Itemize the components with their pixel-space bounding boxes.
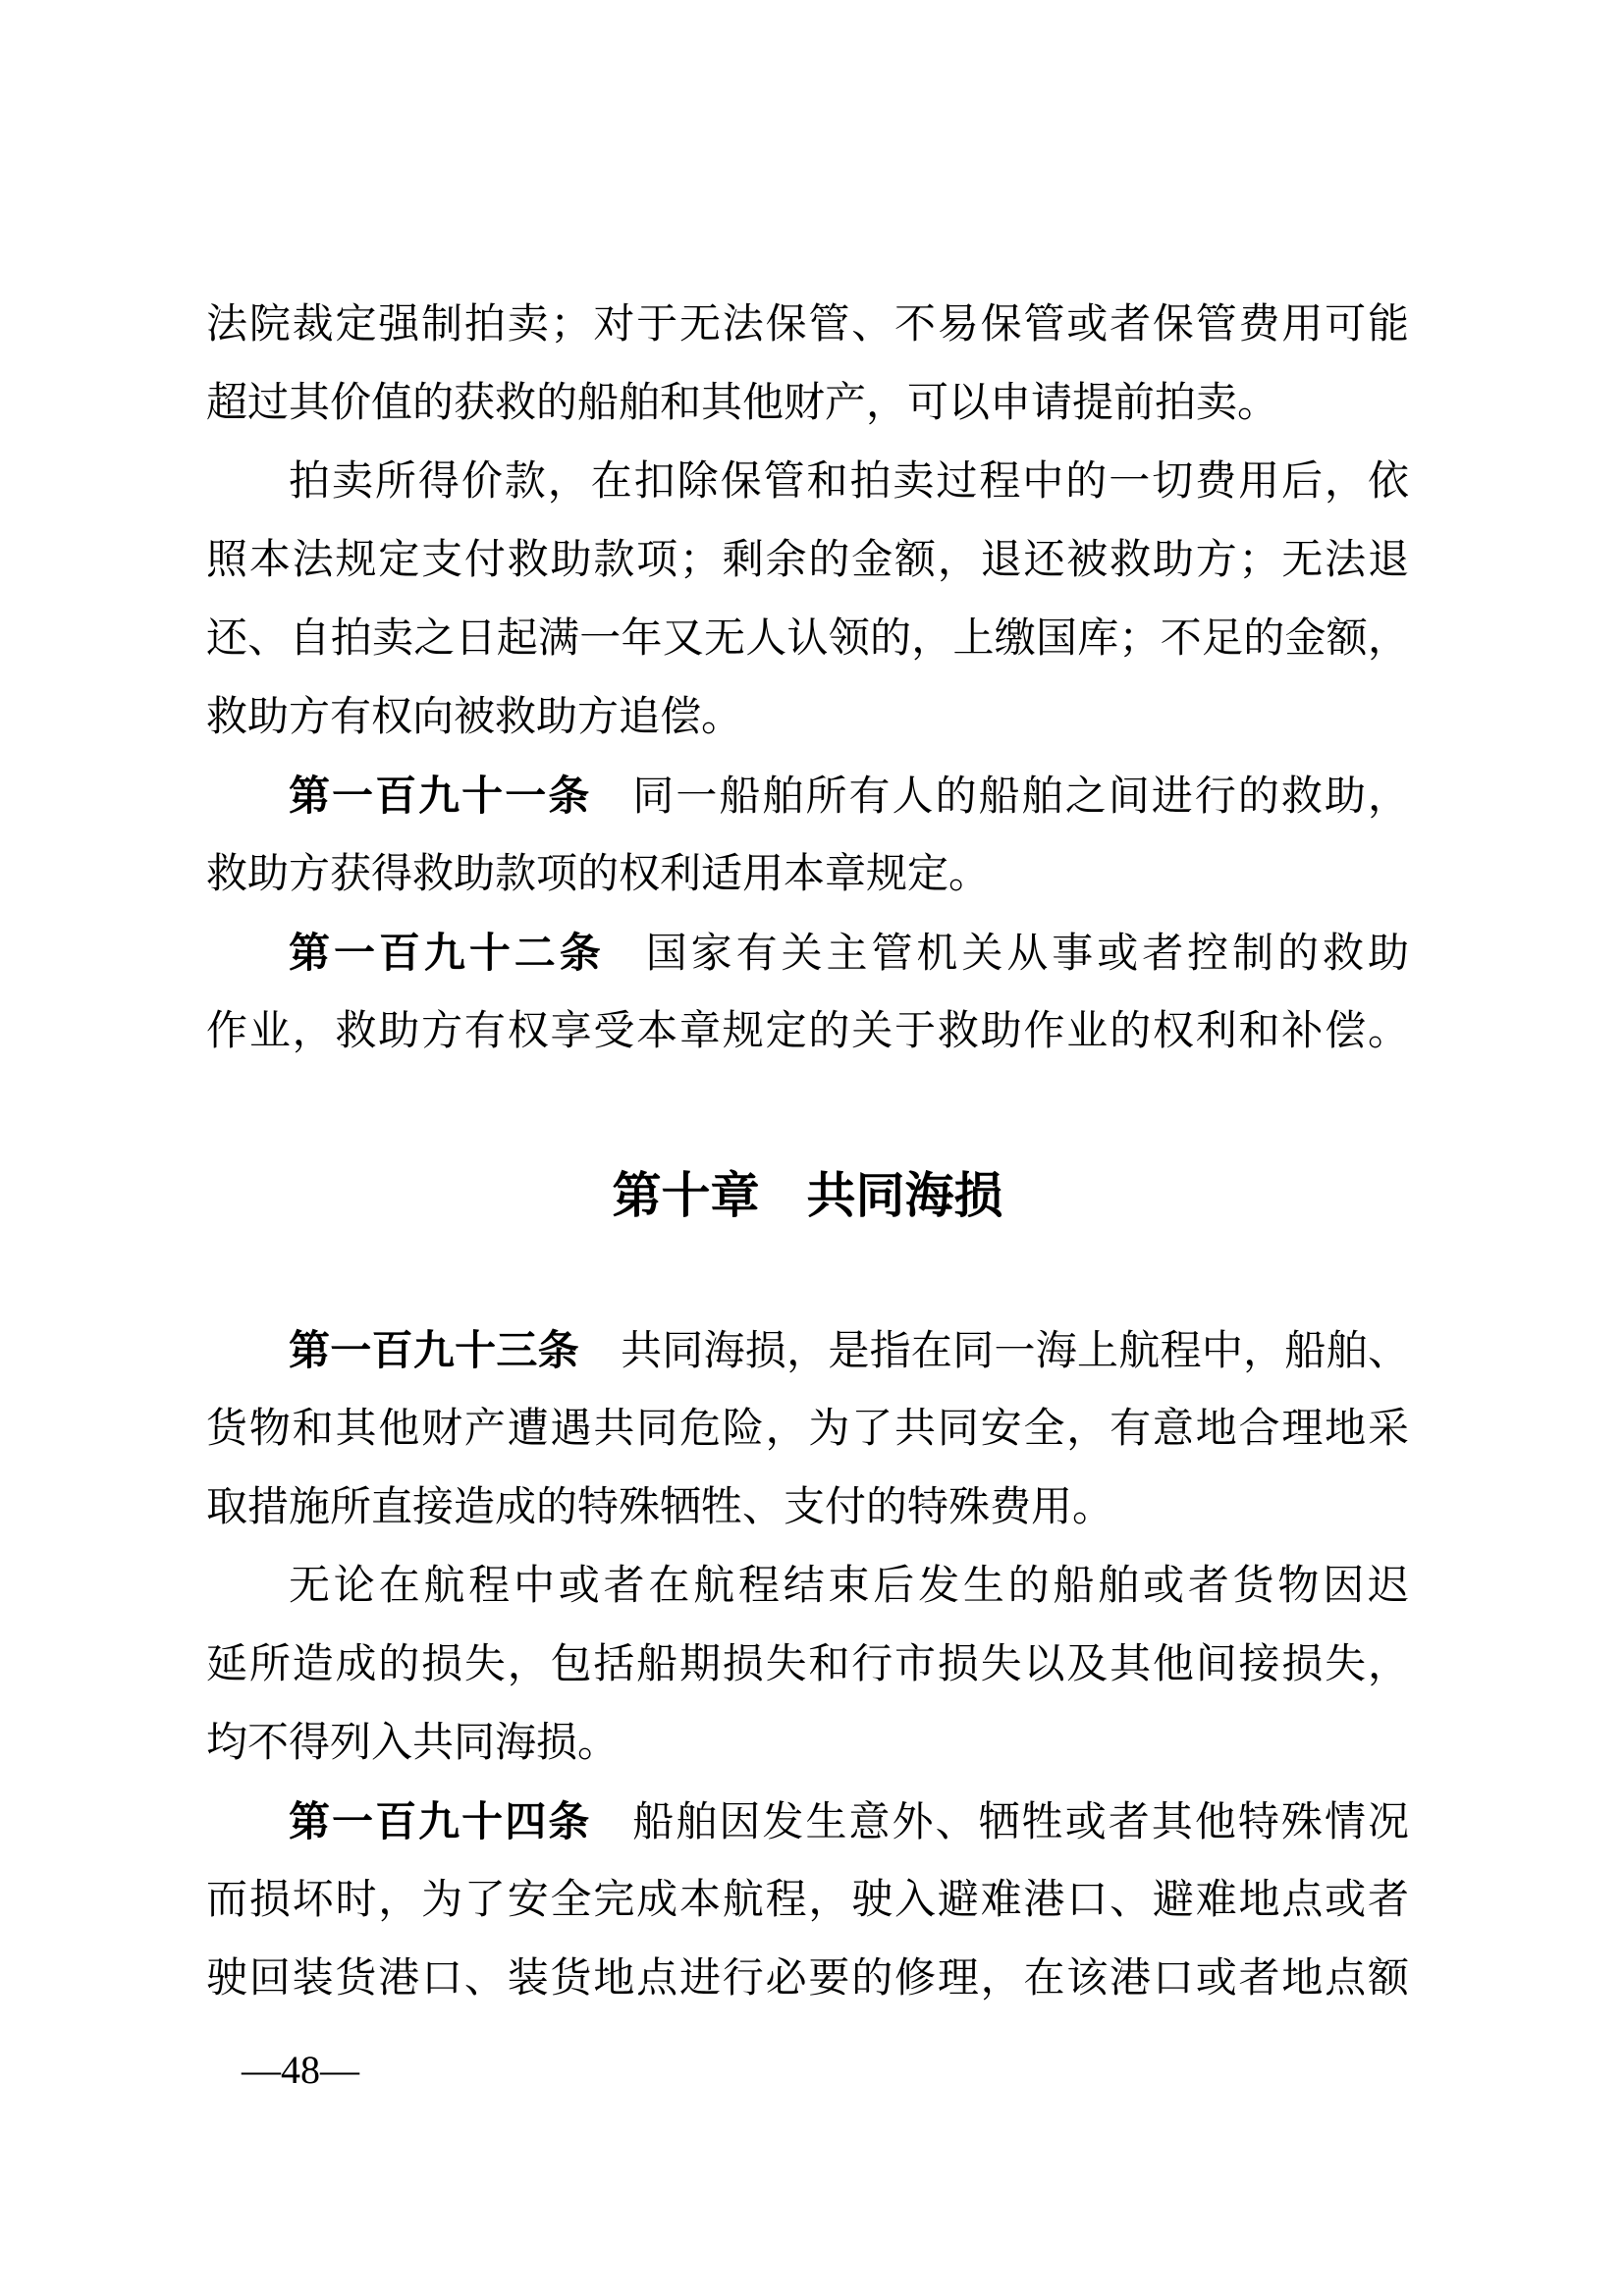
- text-run: 取措施所直接造成的特殊牺牲、支付的特殊费用。: [206, 1485, 1113, 1530]
- text-run: 照本法规定支付救助款项；剩余的金额，退还被救助方；无法退: [206, 538, 1409, 583]
- text-run: 国家有关主管机关从事或者控制的救助: [646, 932, 1409, 977]
- text-run: 延所造成的损失，包括船期损失和行市损失以及其他间接损失，: [206, 1642, 1409, 1687]
- text-run: 超过其价值的获救的船舶和其他财产，可以申请提前拍卖。: [206, 381, 1278, 426]
- text-run: 救助方有权向被救助方追偿。: [206, 695, 742, 740]
- text-line: 而损坏时，为了安全完成本航程，驶入避难港口、避难地点或者: [206, 1861, 1409, 1940]
- article-number: 第一百九十一条: [289, 773, 591, 819]
- text-line: 拍卖所得价款，在扣除保管和拍卖过程中的一切费用后，依: [206, 443, 1409, 521]
- text-run: 还、自拍卖之日起满一年又无人认领的，上缴国库；不足的金额，: [206, 616, 1409, 662]
- text-run: 而损坏时，为了安全完成本航程，驶入避难港口、避难地点或者: [206, 1878, 1409, 1923]
- text-run: 驶回装货港口、装货地点进行必要的修理，在该港口或者地点额: [206, 1956, 1409, 2002]
- article-number: 第一百九十四条: [289, 1798, 591, 1844]
- chapter-heading: 第十章共同海损: [206, 1156, 1409, 1235]
- article-number: 第一百九十二条: [289, 930, 605, 976]
- text-run: 均不得列入共同海损。: [206, 1721, 619, 1766]
- text-run: 同一船舶所有人的船舶之间进行的救助，: [632, 774, 1409, 820]
- chapter-number: 第十章: [613, 1168, 760, 1223]
- text-line: 第一百九十一条同一船舶所有人的船舶之间进行的救助，: [206, 757, 1409, 835]
- text-run: 救助方获得救助款项的权利适用本章规定。: [206, 852, 990, 897]
- text-line: 救助方有权向被救助方追偿。: [206, 678, 1409, 757]
- text-line: 超过其价值的获救的船舶和其他财产，可以申请提前拍卖。: [206, 364, 1409, 443]
- text-run: 共同海损，是指在同一海上航程中，船舶、: [621, 1329, 1409, 1374]
- text-line: 货物和其他财产遭遇共同危险，为了共同安全，有意地合理地采: [206, 1390, 1409, 1468]
- text-run: 船舶因发生意外、牺牲或者其他特殊情况: [632, 1800, 1409, 1845]
- document-page: 法院裁定强制拍卖；对于无法保管、不易保管或者保管费用可能超过其价值的获救的船舶和…: [0, 0, 1624, 2296]
- text-line: 救助方获得救助款项的权利适用本章规定。: [206, 835, 1409, 914]
- text-run: 法院裁定强制拍卖；对于无法保管、不易保管或者保管费用可能: [206, 302, 1409, 347]
- text-line: 延所造成的损失，包括船期损失和行市损失以及其他间接损失，: [206, 1626, 1409, 1704]
- text-line: 第一百九十二条国家有关主管机关从事或者控制的救助: [206, 914, 1409, 992]
- text-run: 货物和其他财产遭遇共同危险，为了共同安全，有意地合理地采: [206, 1407, 1409, 1452]
- article-number: 第一百九十三条: [289, 1327, 579, 1373]
- text-line: 第一百九十三条共同海损，是指在同一海上航程中，船舶、: [206, 1311, 1409, 1390]
- chapter-title: 共同海损: [807, 1168, 1003, 1223]
- text-run: 无论在航程中或者在航程结束后发生的船舶或者货物因迟: [289, 1564, 1409, 1609]
- text-line: 第一百九十四条船舶因发生意外、牺牲或者其他特殊情况: [206, 1783, 1409, 1861]
- text-line: 作业，救助方有权享受本章规定的关于救助作业的权利和补偿。: [206, 992, 1409, 1071]
- text-line: 法院裁定强制拍卖；对于无法保管、不易保管或者保管费用可能: [206, 286, 1409, 364]
- text-line: 取措施所直接造成的特殊牺牲、支付的特殊费用。: [206, 1468, 1409, 1547]
- text-run: 作业，救助方有权享受本章规定的关于救助作业的权利和补偿。: [206, 1009, 1409, 1054]
- text-line: 均不得列入共同海损。: [206, 1704, 1409, 1783]
- text-line: 还、自拍卖之日起满一年又无人认领的，上缴国库；不足的金额，: [206, 600, 1409, 678]
- text-line: 驶回装货港口、装货地点进行必要的修理，在该港口或者地点额: [206, 1940, 1409, 2018]
- page-number: —48—: [242, 2051, 359, 2090]
- text-line: 照本法规定支付救助款项；剩余的金额，退还被救助方；无法退: [206, 521, 1409, 600]
- text-line: 无论在航程中或者在航程结束后发生的船舶或者货物因迟: [206, 1547, 1409, 1626]
- text-run: 拍卖所得价款，在扣除保管和拍卖过程中的一切费用后，依: [289, 459, 1409, 505]
- document-body: 法院裁定强制拍卖；对于无法保管、不易保管或者保管费用可能超过其价值的获救的船舶和…: [206, 286, 1409, 2018]
